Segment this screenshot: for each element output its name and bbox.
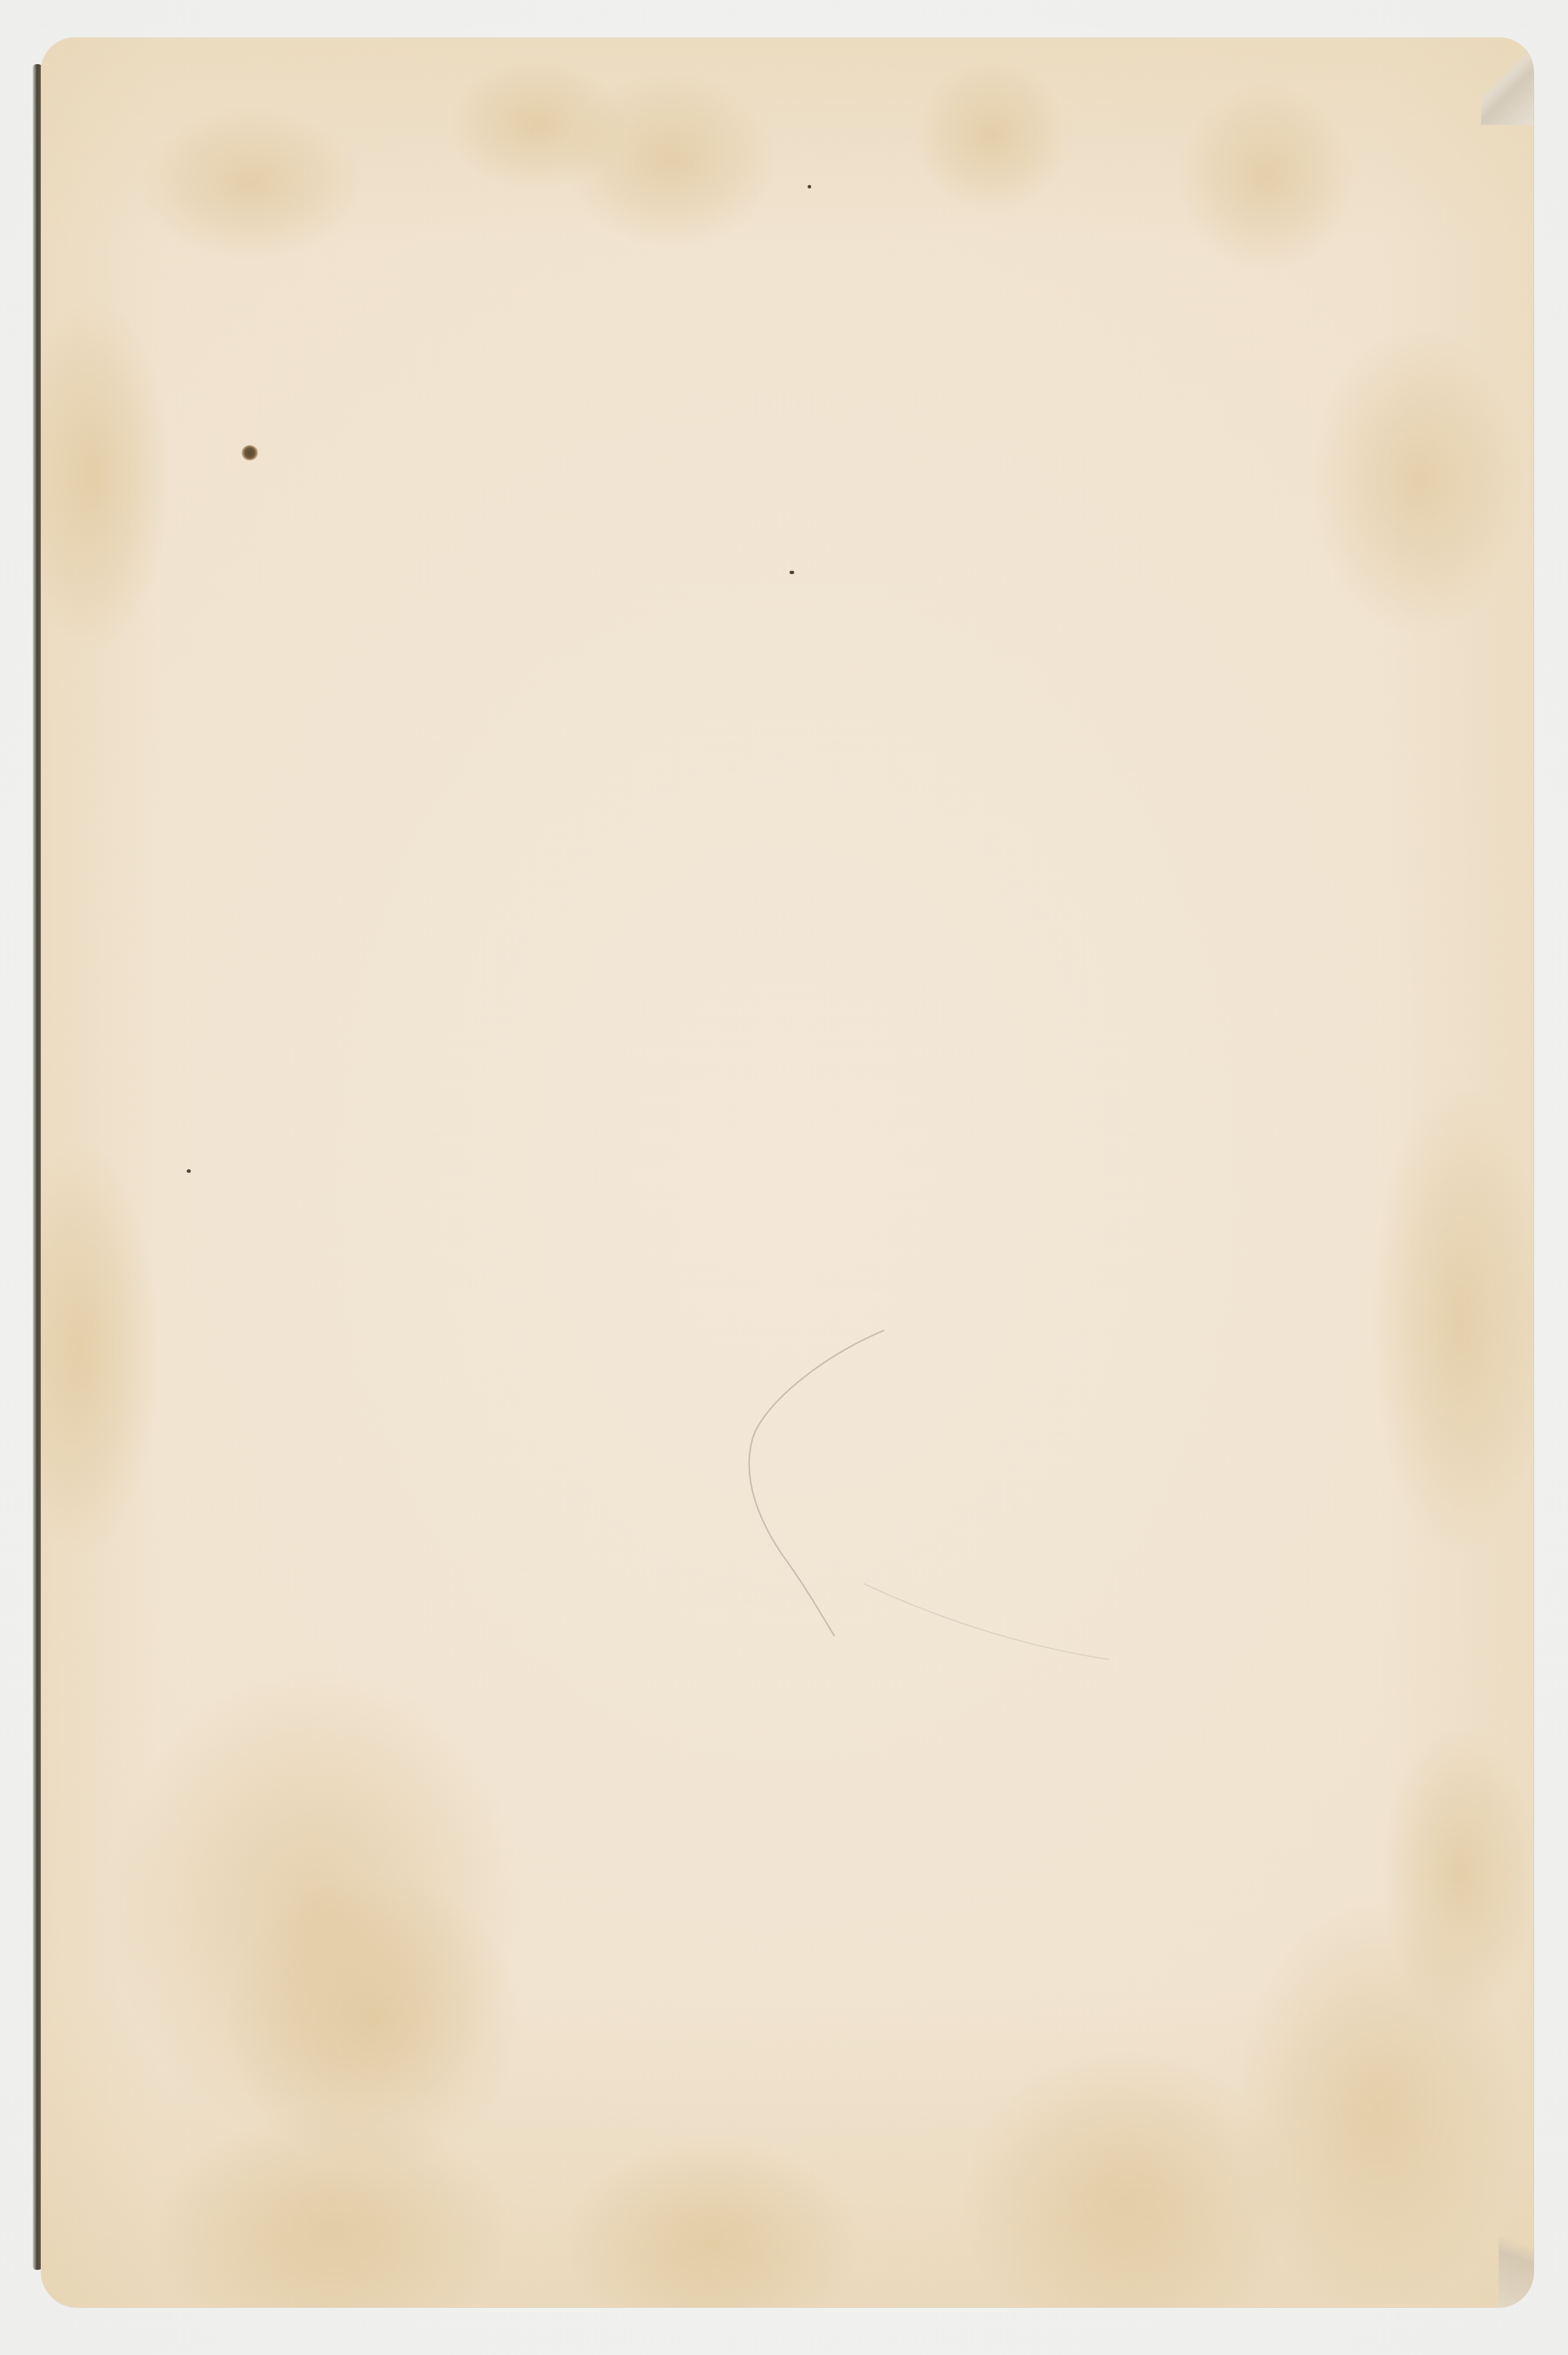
dot-left-mid bbox=[187, 1169, 191, 1173]
dot-top-center bbox=[808, 185, 811, 188]
creased-corner-top-right bbox=[1481, 37, 1534, 125]
cabinet-card-back bbox=[41, 37, 1534, 2307]
paper-texture bbox=[41, 37, 1534, 2307]
dot-center-upper bbox=[790, 571, 794, 574]
brown-spot bbox=[242, 445, 258, 460]
